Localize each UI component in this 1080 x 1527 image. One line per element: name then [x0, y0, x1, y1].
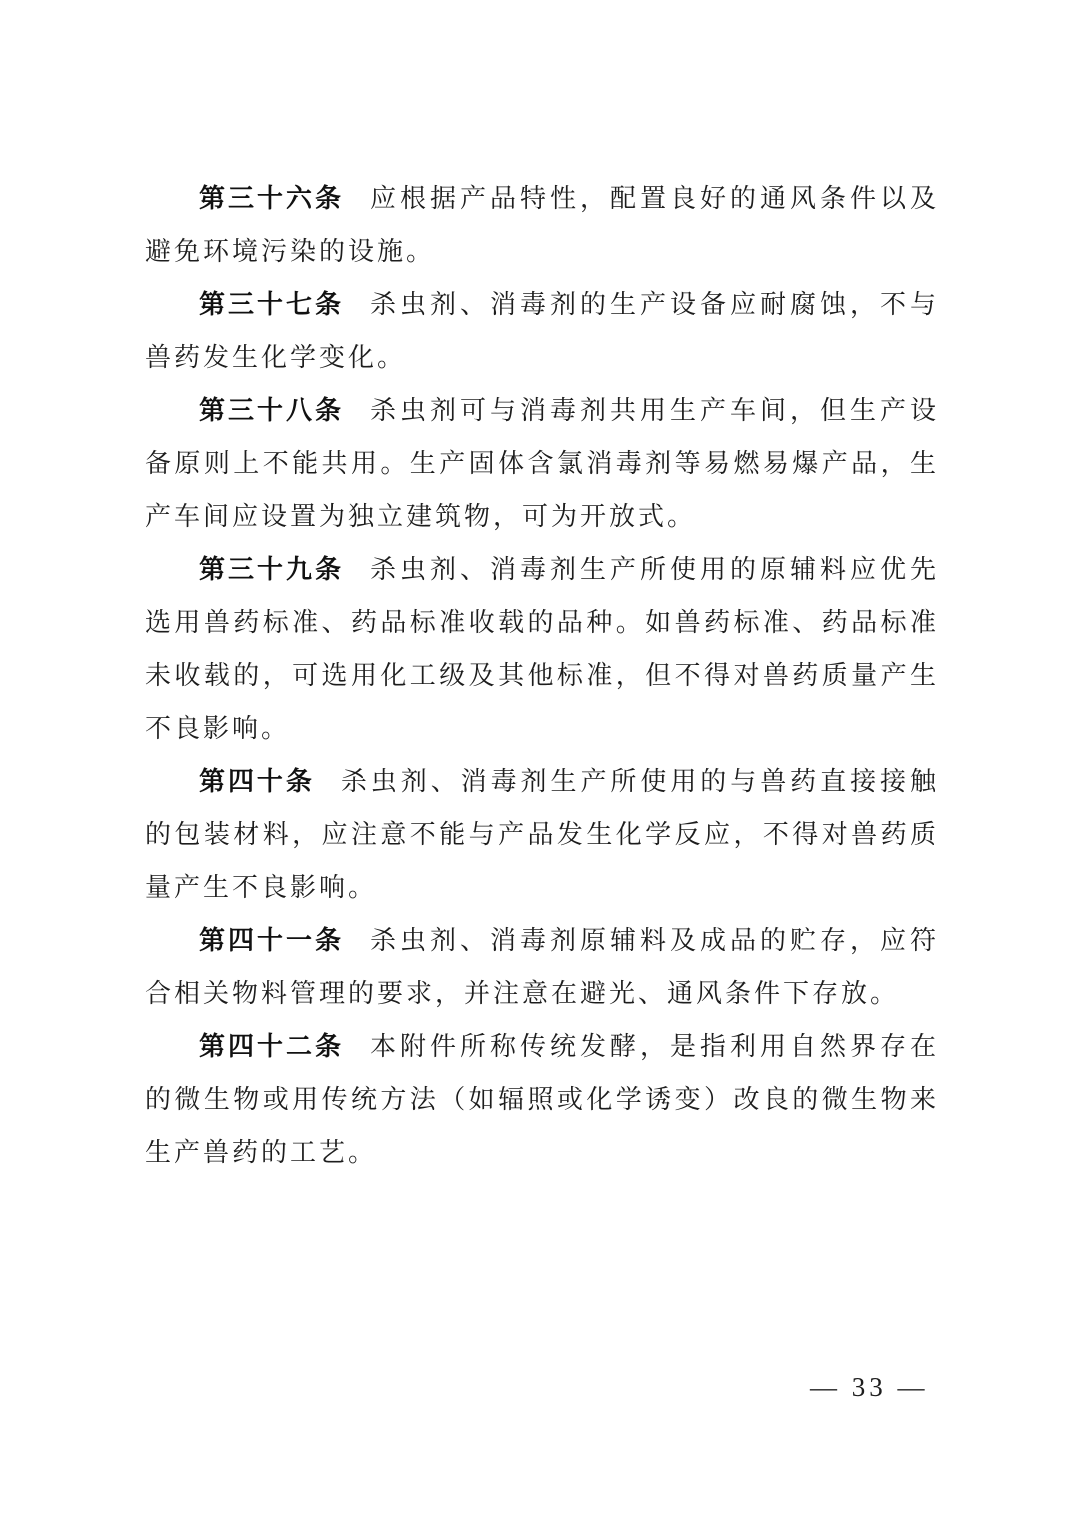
document-body: 第三十六条应根据产品特性，配置良好的通风条件以及避免环境污染的设施。 第三十七条… — [145, 172, 939, 1179]
article-36-heading: 第三十六条 — [199, 183, 344, 213]
article-38-heading: 第三十八条 — [199, 395, 344, 425]
article-paragraph-37: 第三十七条杀虫剂、消毒剂的生产设备应耐腐蚀，不与兽药发生化学变化。 — [145, 278, 939, 384]
article-42-heading: 第四十二条 — [199, 1031, 344, 1061]
article-paragraph-42: 第四十二条本附件所称传统发酵，是指利用自然界存在的微生物或用传统方法（如辐照或化… — [145, 1020, 939, 1179]
document-page: 第三十六条应根据产品特性，配置良好的通风条件以及避免环境污染的设施。 第三十七条… — [0, 0, 1080, 1527]
article-37-heading: 第三十七条 — [199, 289, 344, 319]
article-paragraph-39: 第三十九条杀虫剂、消毒剂生产所使用的原辅料应优先选用兽药标准、药品标准收载的品种… — [145, 543, 939, 755]
article-paragraph-40: 第四十条杀虫剂、消毒剂生产所使用的与兽药直接接触的包装材料，应注意不能与产品发生… — [145, 755, 939, 914]
article-41-heading: 第四十一条 — [199, 925, 344, 955]
article-paragraph-36: 第三十六条应根据产品特性，配置良好的通风条件以及避免环境污染的设施。 — [145, 172, 939, 278]
article-39-heading: 第三十九条 — [199, 554, 344, 584]
article-paragraph-38: 第三十八条杀虫剂可与消毒剂共用生产车间，但生产设备原则上不能共用。生产固体含氯消… — [145, 384, 939, 543]
page-number: — 33 — — [810, 1372, 930, 1403]
article-paragraph-41: 第四十一条杀虫剂、消毒剂原辅料及成品的贮存，应符合相关物料管理的要求，并注意在避… — [145, 914, 939, 1020]
article-40-heading: 第四十条 — [199, 766, 315, 796]
